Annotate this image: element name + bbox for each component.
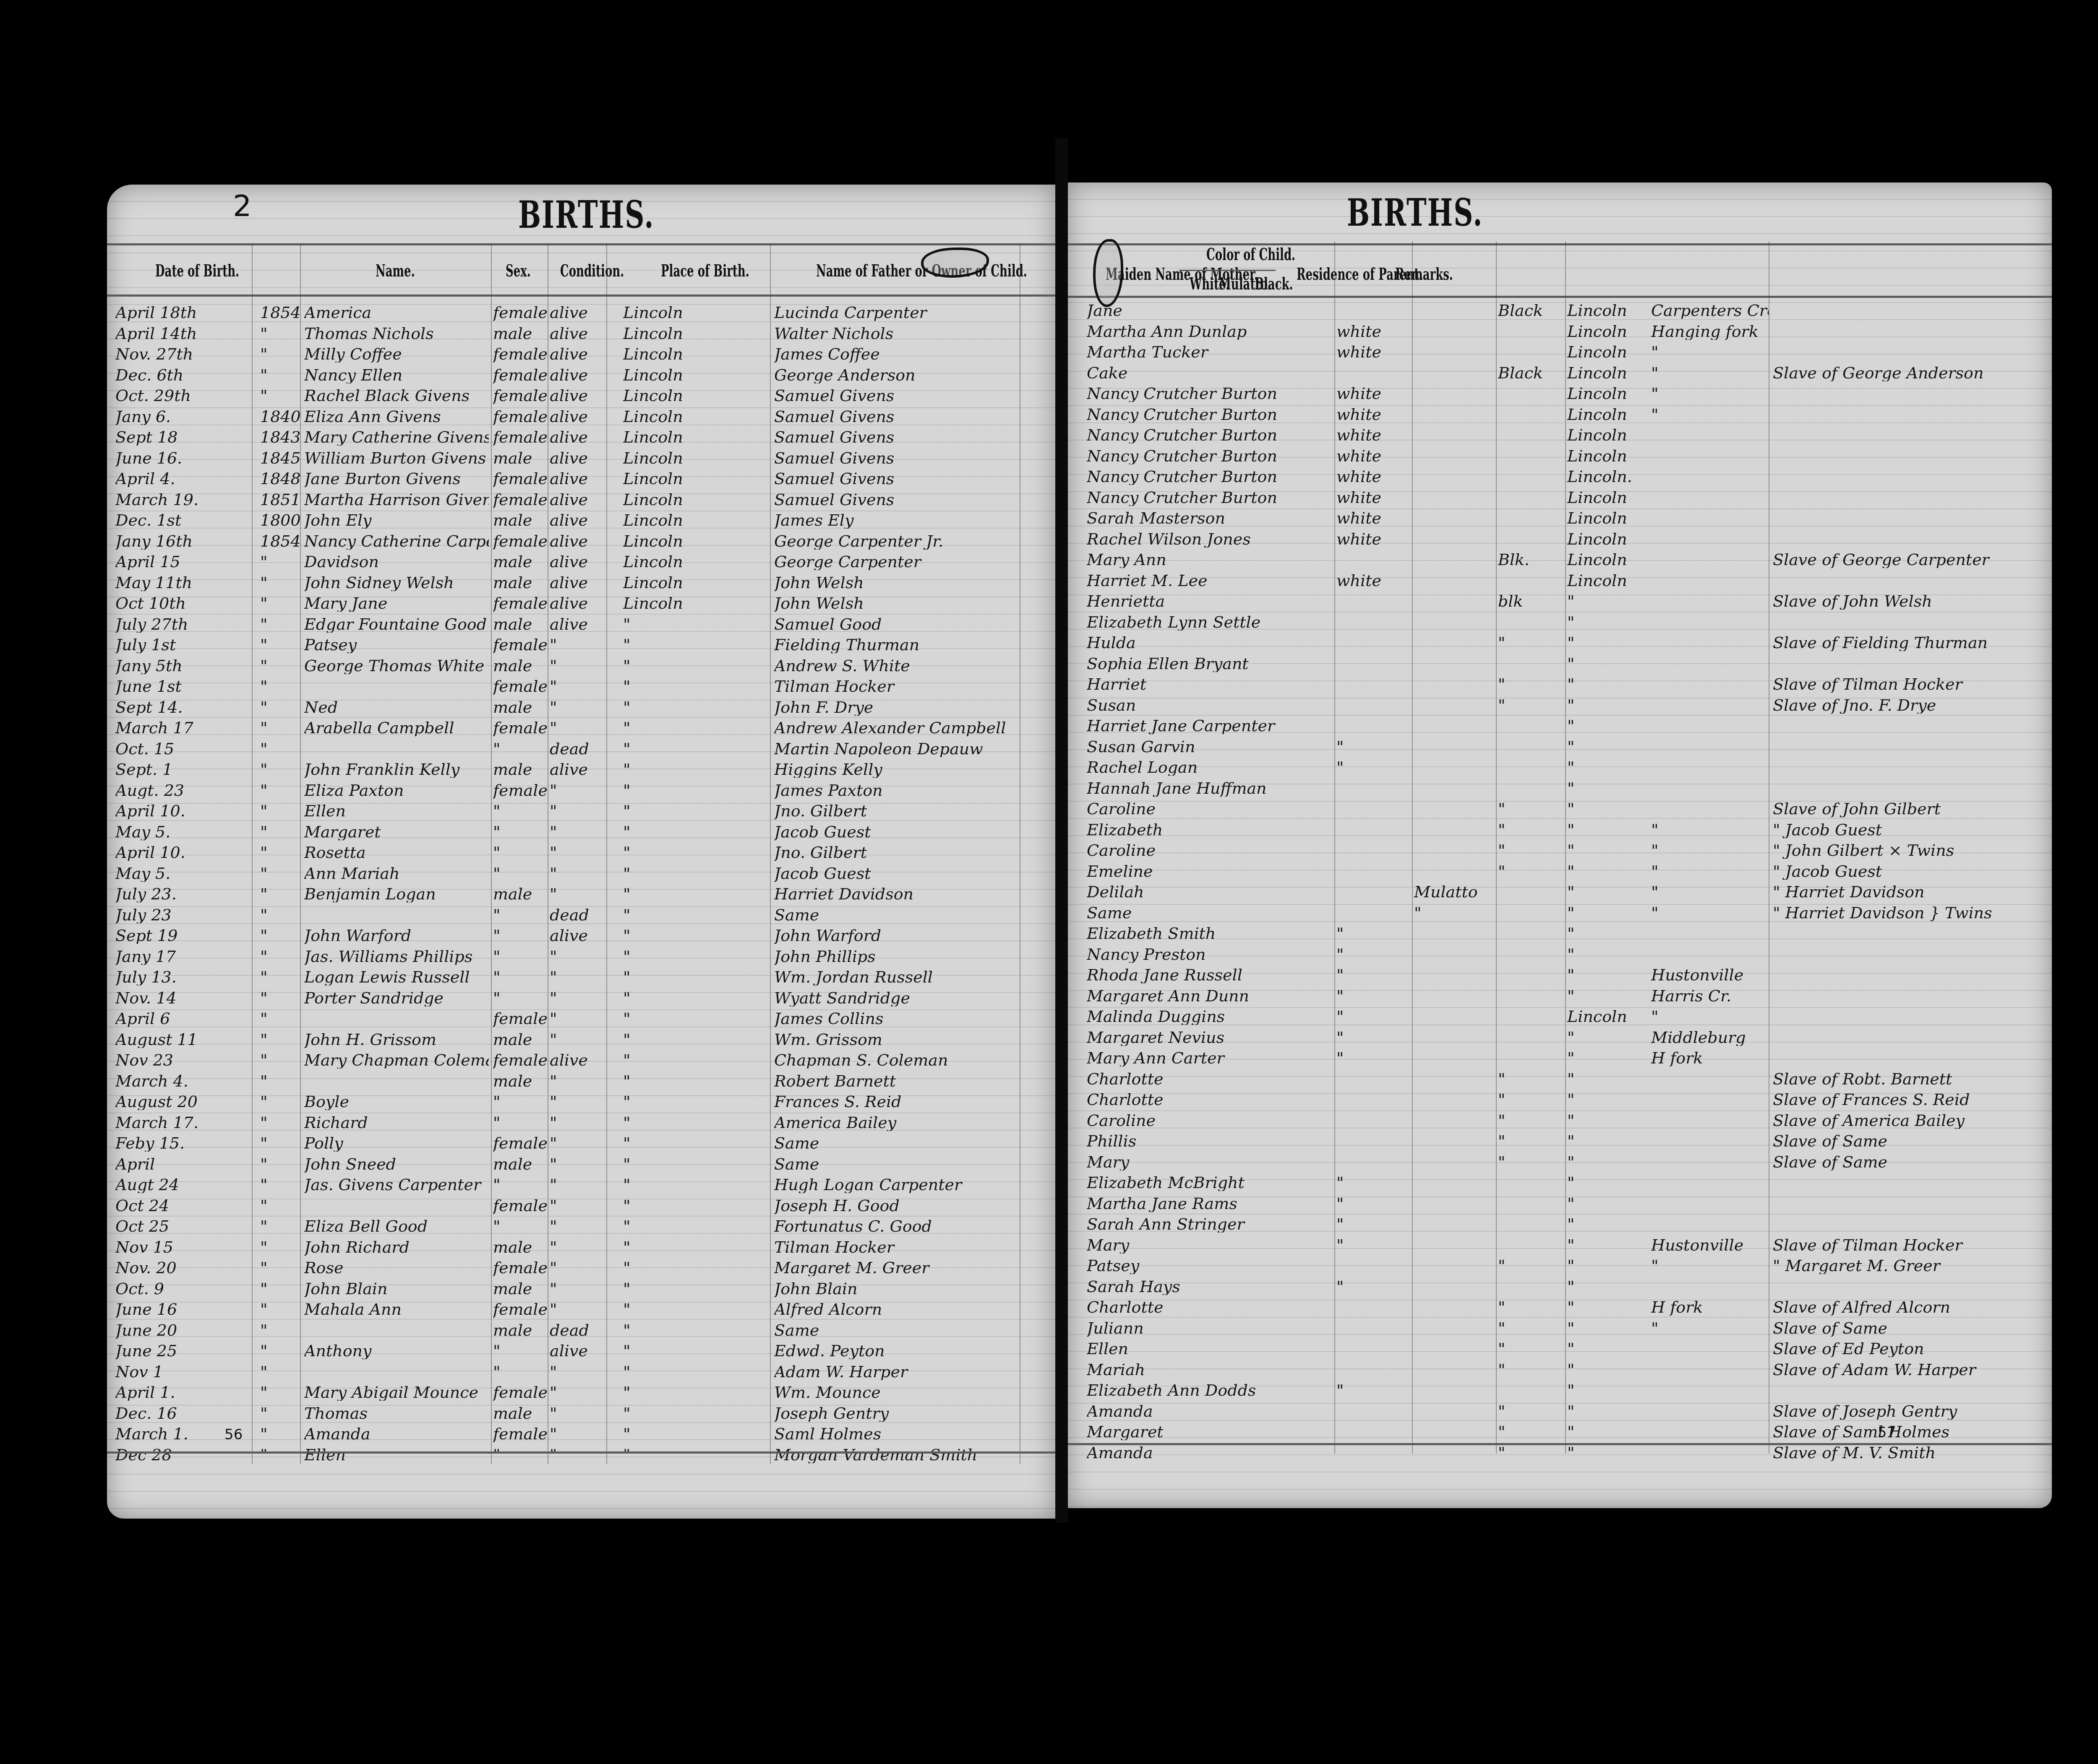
- left-cell-date: Feby 15.: [115, 1135, 250, 1152]
- left-cell-place: ": [623, 1052, 770, 1068]
- left-cell-place: ": [623, 1259, 770, 1276]
- left-cell-year: ": [260, 719, 300, 736]
- left-cell-name: William Burton Givens: [304, 450, 489, 466]
- right-cell-white: white: [1336, 323, 1412, 340]
- left-cell-condition: ": [550, 1405, 606, 1422]
- table-row: Sept. 1"John Franklin Kellymalealive"Hig…: [107, 761, 1055, 778]
- left-cell-name: Amanda: [304, 1425, 489, 1442]
- left-cell-sex: ": [493, 990, 548, 1006]
- left-cell-year: ": [260, 865, 300, 882]
- left-cell-place: ": [623, 948, 770, 965]
- left-cell-father: John Blain: [774, 1280, 1018, 1297]
- left-cell-date: Oct 25: [115, 1218, 250, 1235]
- left-cell-date: Dec. 16: [115, 1405, 250, 1422]
- left-cell-date: August 20: [115, 1093, 250, 1110]
- right-cell-white: white: [1336, 344, 1412, 360]
- table-row: Charlotte""Slave of Robt. Barnett: [1068, 1071, 2052, 1087]
- right-cell-mother: Margaret Nevius: [1087, 1029, 1330, 1046]
- left-cell-father: Samuel Givens: [774, 429, 1018, 446]
- right-cell-white: ": [1336, 946, 1412, 963]
- table-row: April 10."Rosetta"""Jno. Gilbert: [107, 844, 1055, 861]
- left-cell-place: ": [623, 740, 770, 757]
- left-cell-date: Nov 15: [115, 1239, 250, 1256]
- left-cell-father: Samuel Givens: [774, 450, 1018, 466]
- table-row: Caroline""Slave of John Gilbert: [1068, 800, 2052, 817]
- left-cell-sex: male: [493, 616, 548, 633]
- table-row: March 1."Amandafemale""Saml Holmes: [107, 1425, 1055, 1442]
- table-row: Charlotte""H forkSlave of Alfred Alcorn: [1068, 1299, 2052, 1316]
- header-rule: [107, 243, 1055, 245]
- left-cell-condition: ": [550, 823, 606, 840]
- right-cell-mother: Sophia Ellen Bryant: [1087, 655, 1330, 672]
- left-cell-name: Ellen: [304, 1446, 489, 1463]
- left-cell-year: ": [260, 678, 300, 695]
- left-cell-date: April 15: [115, 553, 250, 570]
- left-cell-father: Jacob Guest: [774, 823, 1018, 840]
- left-cell-place: Lincoln: [623, 553, 770, 570]
- right-cell-residence: ": [1567, 655, 1660, 672]
- table-row: Hulda""Slave of Fielding Thurman: [1068, 634, 2052, 651]
- left-cell-place: ": [623, 1301, 770, 1318]
- left-cell-sex: ": [493, 1218, 548, 1235]
- right-cell-white: white: [1336, 572, 1412, 589]
- right-cell-white: white: [1336, 489, 1412, 506]
- table-row: Sept 19"John Warford"alive"John Warford: [107, 927, 1055, 944]
- table-row: Margaret Nevius""Middleburg: [1068, 1029, 2052, 1046]
- table-row: Sarah MastersonwhiteLincoln: [1068, 510, 2052, 526]
- right-cell-residence: ": [1567, 1320, 1660, 1337]
- left-cell-condition: ": [550, 1384, 606, 1401]
- left-cell-father: Samuel Givens: [774, 470, 1018, 487]
- left-cell-name: John H. Grissom: [304, 1031, 489, 1048]
- right-cell-mother: Same: [1087, 904, 1330, 921]
- table-row: Amanda""Slave of M. V. Smith: [1068, 1444, 2052, 1461]
- left-cell-place: ": [623, 1363, 770, 1380]
- left-cell-year: ": [260, 1052, 300, 1068]
- right-cell-black: ": [1498, 800, 1565, 817]
- left-cell-date: June 16: [115, 1301, 250, 1318]
- right-cell-mother: Nancy Crutcher Burton: [1087, 489, 1330, 506]
- col-header-date: Date of Birth.: [155, 262, 239, 281]
- right-cell-residence: Lincoln: [1567, 302, 1660, 319]
- right-cell-residence: Lincoln: [1567, 448, 1660, 464]
- left-cell-name: Davidson: [304, 553, 489, 570]
- table-row: Nov 1""""Adam W. Harper: [107, 1363, 1055, 1380]
- left-cell-name: Arabella Campbell: [304, 719, 489, 736]
- right-cell-residence2: ": [1651, 385, 1769, 402]
- left-cell-condition: ": [550, 1446, 606, 1463]
- left-cell-date: Augt 24: [115, 1176, 250, 1193]
- left-cell-father: Adam W. Harper: [774, 1363, 1018, 1380]
- right-cell-residence2: ": [1651, 406, 1769, 423]
- table-row: Sept 181843Mary Catherine Givensfemaleal…: [107, 429, 1055, 446]
- table-row: Hannah Jane Huffman": [1068, 780, 2052, 797]
- left-cell-place: ": [623, 782, 770, 799]
- left-cell-year: ": [260, 1384, 300, 1401]
- page-number-right: 57: [1878, 1424, 1896, 1441]
- left-cell-condition: ": [550, 1239, 606, 1256]
- left-cell-sex: ": [493, 844, 548, 861]
- page-title-right: BIRTHS.: [1347, 191, 1483, 235]
- left-cell-sex: female: [493, 1384, 548, 1401]
- table-row: March 17"Arabella Campbellfemale""Andrew…: [107, 719, 1055, 736]
- right-page: BIRTHS. Maiden Name of Mother. Color of …: [1068, 182, 2052, 1508]
- table-row: August 20"Boyle"""Frances S. Reid: [107, 1093, 1055, 1110]
- table-row: March 17."Richard"""America Bailey: [107, 1114, 1055, 1131]
- left-cell-sex: ": [493, 1342, 548, 1359]
- left-cell-year: ": [260, 886, 300, 902]
- left-cell-sex: male: [493, 761, 548, 778]
- left-cell-condition: ": [550, 1010, 606, 1027]
- table-row: Juliann"""Slave of Same: [1068, 1320, 2052, 1337]
- right-cell-residence: Lincoln: [1567, 323, 1660, 340]
- table-row: July 13."Logan Lewis Russell"""Wm. Jorda…: [107, 969, 1055, 985]
- right-cell-remarks: Slave of Tilman Hocker: [1773, 676, 2046, 693]
- right-cell-remarks: Slave of Same: [1773, 1154, 2046, 1170]
- col-header-place: Place of Birth.: [661, 262, 749, 281]
- right-cell-white: ": [1336, 1237, 1412, 1253]
- table-row: CakeBlackLincoln"Slave of George Anderso…: [1068, 365, 2052, 381]
- left-page: 2 BIRTHS. Date of Birth. Name. Sex. Cond…: [107, 185, 1055, 1519]
- right-cell-mother: Harriet M. Lee: [1087, 572, 1330, 589]
- right-cell-residence: ": [1567, 1029, 1660, 1046]
- table-row: June 25"Anthony"alive"Edwd. Peyton: [107, 1342, 1055, 1359]
- left-cell-year: ": [260, 1301, 300, 1318]
- right-cell-remarks: " Margaret M. Greer: [1773, 1257, 2046, 1274]
- left-cell-name: George Thomas White: [304, 657, 489, 674]
- right-cell-residence: Lincoln: [1567, 572, 1660, 589]
- left-cell-name: Nancy Ellen: [304, 367, 489, 383]
- left-cell-condition: ": [550, 1176, 606, 1193]
- left-cell-name: Polly: [304, 1135, 489, 1152]
- table-row: July 27th"Edgar Fountaine Goodmalealive"…: [107, 616, 1055, 633]
- right-cell-remarks: Slave of Same: [1773, 1133, 2046, 1149]
- left-cell-date: May 5.: [115, 823, 250, 840]
- right-cell-remarks: " Harriet Davidson } Twins: [1773, 904, 2046, 921]
- right-cell-white: white: [1336, 448, 1412, 464]
- left-cell-year: ": [260, 616, 300, 633]
- table-row: Augt 24"Jas. Givens Carpenter"""Hugh Log…: [107, 1176, 1055, 1193]
- left-cell-sex: ": [493, 969, 548, 985]
- table-row: March 4."male""Robert Barnett: [107, 1073, 1055, 1089]
- left-cell-date: Sept. 1: [115, 761, 250, 778]
- right-cell-residence: ": [1567, 1340, 1660, 1357]
- left-cell-sex: male: [493, 574, 548, 591]
- left-cell-place: ": [623, 1384, 770, 1401]
- left-cell-name: Jas. Givens Carpenter: [304, 1176, 489, 1193]
- left-cell-year: ": [260, 823, 300, 840]
- left-cell-father: Samuel Givens: [774, 408, 1018, 425]
- left-cell-date: May 5.: [115, 865, 250, 882]
- table-row: Oct. 15""dead"Martin Napoleon Depauw: [107, 740, 1055, 757]
- table-row: Martha TuckerwhiteLincoln": [1068, 344, 2052, 360]
- left-cell-place: ": [623, 1093, 770, 1110]
- left-cell-place: ": [623, 1446, 770, 1463]
- right-cell-residence: ": [1567, 1133, 1660, 1149]
- right-cell-remarks: " Harriet Davidson: [1773, 883, 2046, 900]
- right-cell-black: ": [1498, 1423, 1565, 1440]
- table-row: Margaret Ann Dunn""Harris Cr.: [1068, 988, 2052, 1004]
- right-cell-remarks: Slave of Alfred Alcorn: [1773, 1299, 2046, 1316]
- left-cell-father: Wm. Grissom: [774, 1031, 1018, 1048]
- left-cell-sex: male: [493, 1073, 548, 1089]
- left-cell-condition: ": [550, 1114, 606, 1131]
- left-cell-place: Lincoln: [623, 346, 770, 362]
- left-cell-date: August 11: [115, 1031, 250, 1048]
- right-cell-residence: ": [1567, 1382, 1660, 1399]
- table-row: Oct 24"female""Joseph H. Good: [107, 1197, 1055, 1214]
- right-cell-remarks: Slave of Jno. F. Drye: [1773, 697, 2046, 714]
- left-cell-sex: female: [493, 1259, 548, 1276]
- right-cell-black: ": [1498, 634, 1565, 651]
- col-header-condition: Condition.: [560, 262, 624, 281]
- left-cell-name: Mary Abigail Mounce: [304, 1384, 489, 1401]
- right-cell-mulatto: ": [1414, 904, 1494, 921]
- left-cell-year: ": [260, 1093, 300, 1110]
- left-cell-place: ": [623, 678, 770, 695]
- right-cell-mother: Cake: [1087, 365, 1330, 381]
- table-row: Margaret""Slave of Saml Holmes: [1068, 1423, 2052, 1440]
- left-cell-year: ": [260, 657, 300, 674]
- right-cell-white: ": [1336, 1050, 1412, 1066]
- table-row: Harriet M. LeewhiteLincoln: [1068, 572, 2052, 589]
- right-cell-residence: ": [1567, 1071, 1660, 1087]
- left-cell-father: George Carpenter: [774, 553, 1018, 570]
- right-cell-remarks: Slave of John Welsh: [1773, 593, 2046, 610]
- table-row: Oct 25"Eliza Bell Good"""Fortunatus C. G…: [107, 1218, 1055, 1235]
- left-cell-year: ": [260, 553, 300, 570]
- left-cell-place: Lincoln: [623, 512, 770, 529]
- left-cell-year: 1854: [260, 533, 300, 550]
- left-cell-father: John Warford: [774, 927, 1018, 944]
- left-cell-date: April: [115, 1156, 250, 1173]
- left-cell-name: Martha Harrison Givens: [304, 491, 489, 508]
- right-cell-mother: Elizabeth Ann Dodds: [1087, 1382, 1330, 1399]
- right-cell-mother: Susan: [1087, 697, 1330, 714]
- right-cell-residence: ": [1567, 1112, 1660, 1129]
- page-title-left: BIRTHS.: [518, 193, 654, 237]
- right-cell-white: ": [1336, 1008, 1412, 1025]
- left-cell-name: Rosetta: [304, 844, 489, 861]
- left-cell-father: Saml Holmes: [774, 1425, 1018, 1442]
- right-cell-white: ": [1336, 759, 1412, 776]
- right-cell-white: white: [1336, 468, 1412, 485]
- right-cell-white: ": [1336, 1174, 1412, 1191]
- table-row: Nov 15"John Richardmale""Tilman Hocker: [107, 1239, 1055, 1256]
- right-cell-black: ": [1498, 1299, 1565, 1316]
- right-cell-mother: Rhoda Jane Russell: [1087, 967, 1330, 983]
- right-cell-residence2: ": [1651, 863, 1769, 880]
- left-cell-sex: male: [493, 553, 548, 570]
- table-row: Phillis""Slave of Same: [1068, 1133, 2052, 1149]
- right-cell-residence: Lincoln: [1567, 489, 1660, 506]
- left-cell-condition: alive: [550, 616, 606, 633]
- left-cell-condition: ": [550, 865, 606, 882]
- right-cell-remarks: Slave of Adam W. Harper: [1773, 1361, 2046, 1378]
- left-cell-date: March 17: [115, 719, 250, 736]
- right-cell-black: Black: [1498, 365, 1565, 381]
- right-cell-white: ": [1336, 1278, 1412, 1295]
- right-cell-mother: Mary: [1087, 1154, 1330, 1170]
- left-cell-year: ": [260, 761, 300, 778]
- left-cell-year: ": [260, 699, 300, 716]
- right-cell-residence: Lincoln: [1567, 365, 1660, 381]
- left-cell-condition: alive: [550, 491, 606, 508]
- right-cell-mother: Amanda: [1087, 1403, 1330, 1420]
- right-cell-remarks: " Jacob Guest: [1773, 863, 2046, 880]
- left-cell-father: Morgan Vardeman Smith: [774, 1446, 1018, 1463]
- left-cell-year: ": [260, 1446, 300, 1463]
- left-cell-place: ": [623, 1218, 770, 1235]
- left-cell-sex: male: [493, 657, 548, 674]
- right-cell-residence: ": [1567, 780, 1660, 797]
- left-cell-date: April 4.: [115, 470, 250, 487]
- col-header-sex: Sex.: [506, 262, 531, 281]
- left-cell-sex: male: [493, 886, 548, 902]
- right-cell-mother: Martha Tucker: [1087, 344, 1330, 360]
- right-cell-residence2: ": [1651, 1257, 1769, 1274]
- left-cell-name: Milly Coffee: [304, 346, 489, 362]
- left-cell-place: ": [623, 1280, 770, 1297]
- table-row: Harriet""Slave of Tilman Hocker: [1068, 676, 2052, 693]
- right-cell-black: ": [1498, 1257, 1565, 1274]
- right-cell-residence2: ": [1651, 883, 1769, 900]
- left-cell-year: ": [260, 782, 300, 799]
- page-number-left: 56: [224, 1426, 243, 1443]
- right-cell-residence: ": [1567, 1216, 1660, 1232]
- left-cell-condition: alive: [550, 367, 606, 383]
- left-cell-condition: alive: [550, 429, 606, 446]
- color-group-rule: [1179, 270, 1276, 271]
- left-cell-sex: male: [493, 1280, 548, 1297]
- left-cell-place: ": [623, 927, 770, 944]
- left-cell-year: ": [260, 1280, 300, 1297]
- table-row: April 4.1848Jane Burton Givensfemalealiv…: [107, 470, 1055, 487]
- right-cell-white: ": [1336, 1216, 1412, 1232]
- right-cell-residence: ": [1567, 1237, 1660, 1253]
- right-cell-residence: Lincoln: [1567, 427, 1660, 443]
- left-cell-place: Lincoln: [623, 304, 770, 321]
- left-cell-condition: alive: [550, 325, 606, 342]
- right-cell-residence2: ": [1651, 821, 1769, 838]
- table-row: Oct. 29th"Rachel Black Givensfemalealive…: [107, 387, 1055, 404]
- table-row: Rachel Wilson JoneswhiteLincoln: [1068, 531, 2052, 547]
- right-cell-mother: Nancy Crutcher Burton: [1087, 448, 1330, 464]
- table-row: March 19.1851Martha Harrison Givensfemal…: [107, 491, 1055, 508]
- left-cell-year: ": [260, 907, 300, 923]
- left-cell-name: America: [304, 304, 489, 321]
- right-cell-mother: Mary: [1087, 1237, 1330, 1253]
- footer-rule: [1068, 1443, 2052, 1445]
- left-cell-name: Ann Mariah: [304, 865, 489, 882]
- left-cell-sex: ": [493, 1363, 548, 1380]
- left-cell-sex: ": [493, 948, 548, 965]
- left-cell-name: Rachel Black Givens: [304, 387, 489, 404]
- left-cell-sex: female: [493, 346, 548, 362]
- left-cell-sex: female: [493, 636, 548, 653]
- table-row: JaneBlackLincolnCarpenters Creek: [1068, 302, 2052, 319]
- table-row: Malinda Duggins"Lincoln": [1068, 1008, 2052, 1025]
- left-cell-date: Jany 17: [115, 948, 250, 965]
- left-cell-sex: female: [493, 491, 548, 508]
- left-cell-place: Lincoln: [623, 470, 770, 487]
- left-cell-condition: ": [550, 1301, 606, 1318]
- left-cell-sex: female: [493, 533, 548, 550]
- left-cell-sex: male: [493, 1031, 548, 1048]
- left-cell-name: Eliza Paxton: [304, 782, 489, 799]
- table-row: July 23."Benjamin Loganmale""Harriet Dav…: [107, 886, 1055, 902]
- left-cell-place: ": [623, 761, 770, 778]
- left-cell-name: John Warford: [304, 927, 489, 944]
- left-cell-place: Lincoln: [623, 595, 770, 612]
- right-cell-mother: Amanda: [1087, 1444, 1330, 1461]
- left-cell-place: Lincoln: [623, 367, 770, 383]
- right-cell-residence: ": [1567, 967, 1660, 983]
- right-cell-residence2: Carpenters Creek: [1651, 302, 1769, 319]
- left-cell-sex: female: [493, 429, 548, 446]
- left-cell-year: ": [260, 1322, 300, 1339]
- table-row: Dec. 6th"Nancy EllenfemalealiveLincolnGe…: [107, 367, 1055, 383]
- left-cell-sex: male: [493, 450, 548, 466]
- right-cell-white: ": [1336, 988, 1412, 1004]
- left-cell-place: ": [623, 1114, 770, 1131]
- left-cell-father: Frances S. Reid: [774, 1093, 1018, 1110]
- left-cell-sex: female: [493, 304, 548, 321]
- left-cell-year: ": [260, 387, 300, 404]
- left-cell-name: Thomas: [304, 1405, 489, 1422]
- left-cell-father: Same: [774, 1135, 1018, 1152]
- table-row: June 16.1845William Burton Givensmaleali…: [107, 450, 1055, 466]
- left-cell-year: ": [260, 1197, 300, 1214]
- right-cell-residence: ": [1567, 759, 1660, 776]
- left-cell-name: Eliza Ann Givens: [304, 408, 489, 425]
- table-row: Sophia Ellen Bryant": [1068, 655, 2052, 672]
- left-cell-condition: ": [550, 719, 606, 736]
- table-row: Patsey"""" Margaret M. Greer: [1068, 1257, 2052, 1274]
- left-cell-father: Same: [774, 907, 1018, 923]
- right-cell-white: ": [1336, 967, 1412, 983]
- table-row: Jany 5th"George Thomas Whitemale""Andrew…: [107, 657, 1055, 674]
- left-cell-place: ": [623, 636, 770, 653]
- left-cell-name: Boyle: [304, 1093, 489, 1110]
- left-cell-sex: ": [493, 907, 548, 923]
- table-row: Nancy Crutcher BurtonwhiteLincoln: [1068, 489, 2052, 506]
- left-cell-date: Jany 6.: [115, 408, 250, 425]
- right-cell-mother: Phillis: [1087, 1133, 1330, 1149]
- table-row: DelilahMulatto""" Harriet Davidson: [1068, 883, 2052, 900]
- table-row: Martha Jane Rams"": [1068, 1195, 2052, 1212]
- right-cell-residence: ": [1567, 1278, 1660, 1295]
- table-row: Henriettablk"Slave of John Welsh: [1068, 593, 2052, 610]
- right-cell-black: ": [1498, 1403, 1565, 1420]
- right-cell-mother: Elizabeth McBright: [1087, 1174, 1330, 1191]
- left-cell-year: ": [260, 595, 300, 612]
- left-cell-date: March 19.: [115, 491, 250, 508]
- right-cell-residence: ": [1567, 1050, 1660, 1066]
- left-cell-date: April 18th: [115, 304, 250, 321]
- right-cell-remarks: Slave of Robt. Barnett: [1773, 1071, 2046, 1087]
- left-cell-father: Walter Nichols: [774, 325, 1018, 342]
- left-cell-year: 1800: [260, 512, 300, 529]
- left-cell-condition: alive: [550, 574, 606, 591]
- right-cell-mother: Martha Ann Dunlap: [1087, 323, 1330, 340]
- left-cell-place: ": [623, 1425, 770, 1442]
- left-cell-date: Nov. 20: [115, 1259, 250, 1276]
- right-cell-mother: Elizabeth Smith: [1087, 925, 1330, 942]
- table-row: May 5."Margaret"""Jacob Guest: [107, 823, 1055, 840]
- left-cell-date: April 1.: [115, 1384, 250, 1401]
- left-cell-year: ": [260, 1363, 300, 1380]
